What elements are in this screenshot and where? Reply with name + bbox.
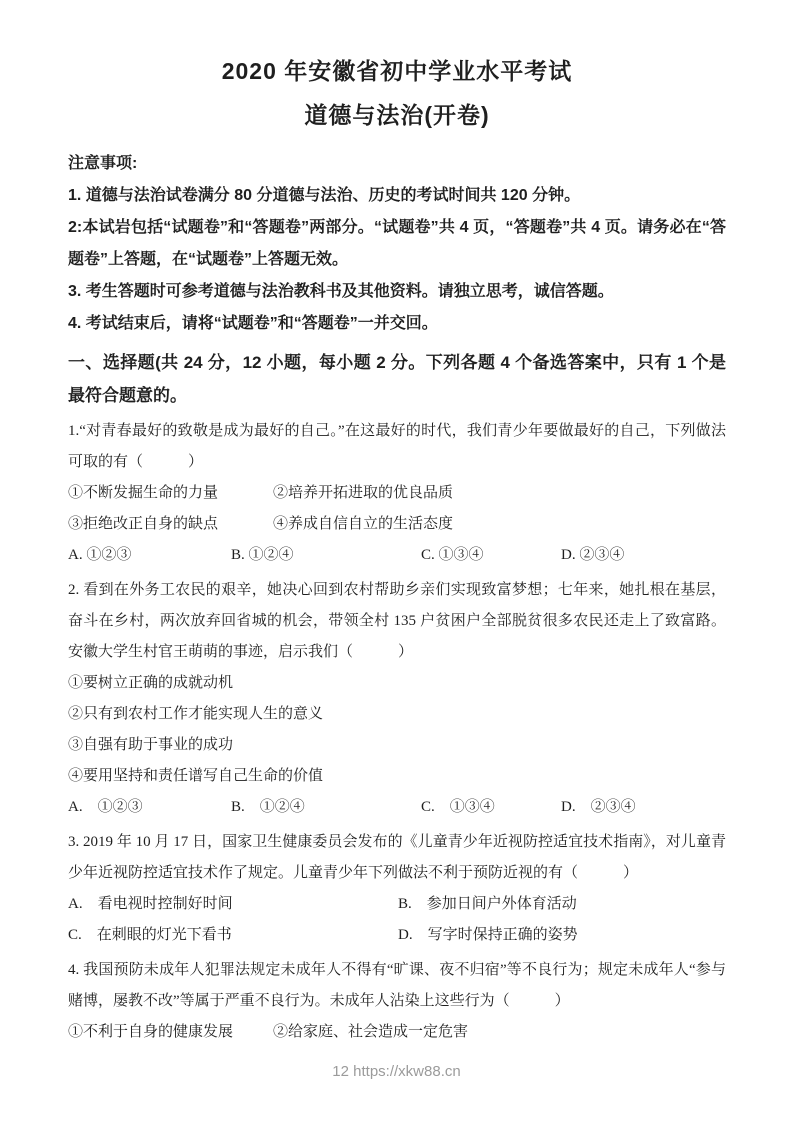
notice-section: 注意事项: 1. 道德与法治试卷满分 80 分道德与法治、历史的考试时间共 12… xyxy=(68,148,726,340)
question-4-option-2: ②给家庭、社会造成一定危害 xyxy=(273,1017,726,1048)
question-2-stem: 2. 看到在外务工农民的艰辛，她决心回到农村帮助乡亲们实现致富梦想；七年来，她扎… xyxy=(68,575,726,668)
question-1-option-1: ①不断发掘生命的力量 xyxy=(68,478,273,509)
section-heading-choice-questions: 一、选择题(共 24 分，12 小题，每小题 2 分。下列各题 4 个备选答案中… xyxy=(68,346,726,412)
question-1-choice-d: D. ②③④ xyxy=(561,540,726,571)
question-2-choice-b: B. ①②④ xyxy=(231,792,421,823)
notice-item-3: 3. 考生答题时可参考道德与法治教科书及其他资料。请独立思考，诚信答题。 xyxy=(68,276,726,308)
question-4-option-1: ①不利于自身的健康发展 xyxy=(68,1017,273,1048)
question-1: 1.“对青春最好的致敬是成为最好的自己。”在这最好的时代，我们青少年要做最好的自… xyxy=(68,416,726,571)
question-1-choices: A. ①②③ B. ①②④ C. ①③④ D. ②③④ xyxy=(68,540,726,571)
question-1-options: ①不断发掘生命的力量 ②培养开拓进取的优良品质 ③拒绝改正自身的缺点 ④养成自信… xyxy=(68,478,726,540)
exam-title-line2: 道德与法治(开卷) xyxy=(68,100,726,130)
page-footer: 12 https://xkw88.cn xyxy=(0,1063,793,1080)
question-3-choices: A. 看电视时控制好时间 B. 参加日间户外体育活动 C. 在刺眼的灯光下看书 … xyxy=(68,889,726,951)
question-2-choice-a: A. ①②③ xyxy=(68,792,231,823)
question-3-choice-a: A. 看电视时控制好时间 xyxy=(68,889,398,920)
question-1-option-4: ④养成自信自立的生活态度 xyxy=(273,509,726,540)
question-1-choice-c: C. ①③④ xyxy=(421,540,561,571)
question-3-stem: 3. 2019 年 10 月 17 日，国家卫生健康委员会发布的《儿童青少年近视… xyxy=(68,827,726,889)
question-4-options: ①不利于自身的健康发展 ②给家庭、社会造成一定危害 xyxy=(68,1017,726,1048)
question-1-option-3: ③拒绝改正自身的缺点 xyxy=(68,509,273,540)
question-1-choice-a: A. ①②③ xyxy=(68,540,231,571)
question-3-choice-c: C. 在刺眼的灯光下看书 xyxy=(68,920,398,951)
question-2-option-2: ②只有到农村工作才能实现人生的意义 xyxy=(68,699,726,730)
question-4: 4. 我国预防未成年人犯罪法规定未成年人不得有“旷课、夜不归宿”等不良行为；规定… xyxy=(68,955,726,1048)
notice-heading: 注意事项: xyxy=(68,148,726,180)
question-1-stem: 1.“对青春最好的致敬是成为最好的自己。”在这最好的时代，我们青少年要做最好的自… xyxy=(68,416,726,478)
question-3: 3. 2019 年 10 月 17 日，国家卫生健康委员会发布的《儿童青少年近视… xyxy=(68,827,726,951)
question-3-choice-d: D. 写字时保持正确的姿势 xyxy=(398,920,726,951)
question-1-choice-b: B. ①②④ xyxy=(231,540,421,571)
question-3-choice-b: B. 参加日间户外体育活动 xyxy=(398,889,726,920)
question-2: 2. 看到在外务工农民的艰辛，她决心回到农村帮助乡亲们实现致富梦想；七年来，她扎… xyxy=(68,575,726,823)
question-2-choices: A. ①②③ B. ①②④ C. ①③④ D. ②③④ xyxy=(68,792,726,823)
notice-item-2: 2:本试岩包括“试题卷”和“答题卷”两部分。“试题卷”共 4 页，“答题卷”共 … xyxy=(68,212,726,276)
notice-item-1: 1. 道德与法治试卷满分 80 分道德与法治、历史的考试时间共 120 分钟。 xyxy=(68,180,726,212)
question-2-choice-c: C. ①③④ xyxy=(421,792,561,823)
question-2-option-4: ④要用坚持和责任谱写自己生命的价值 xyxy=(68,761,726,792)
question-4-stem: 4. 我国预防未成年人犯罪法规定未成年人不得有“旷课、夜不归宿”等不良行为；规定… xyxy=(68,955,726,1017)
question-2-options: ①要树立正确的成就动机 ②只有到农村工作才能实现人生的意义 ③自强有助于事业的成… xyxy=(68,668,726,792)
notice-item-4: 4. 考试结束后，请将“试题卷”和“答题卷”一并交回。 xyxy=(68,308,726,340)
question-2-choice-d: D. ②③④ xyxy=(561,792,726,823)
question-2-option-1: ①要树立正确的成就动机 xyxy=(68,668,726,699)
question-2-option-3: ③自强有助于事业的成功 xyxy=(68,730,726,761)
footer-page-number-and-url: 12 https://xkw88.cn xyxy=(332,1063,460,1080)
exam-paper-page: 2020 年安徽省初中学业水平考试 道德与法治(开卷) 注意事项: 1. 道德与… xyxy=(0,0,793,1122)
exam-title-line1: 2020 年安徽省初中学业水平考试 xyxy=(68,56,726,86)
question-1-option-2: ②培养开拓进取的优良品质 xyxy=(273,478,726,509)
